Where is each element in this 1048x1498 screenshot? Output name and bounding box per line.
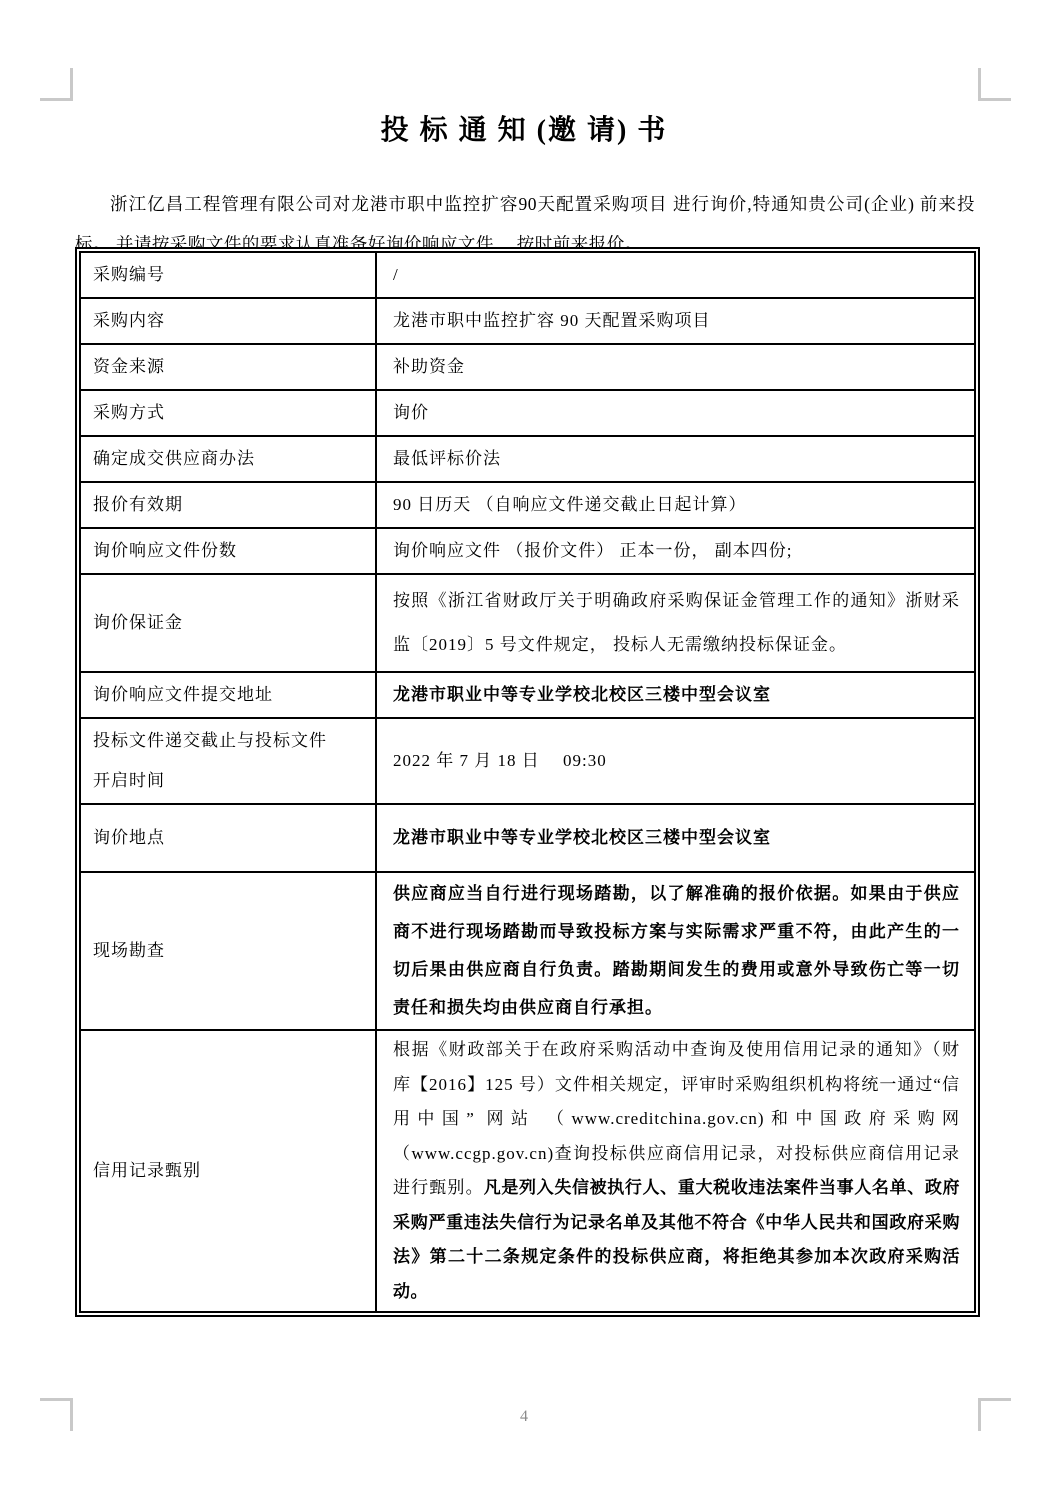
row-label: 现场勘查 [80, 872, 376, 1030]
row-label: 询价地点 [80, 804, 376, 872]
table-row-award-method: 确定成交供应商办法 最低评标价法 [80, 436, 975, 482]
row-value: 龙港市职业中等专业学校北校区三楼中型会议室 [376, 672, 975, 718]
row-label: 询价响应文件提交地址 [80, 672, 376, 718]
row-value: / [376, 252, 975, 298]
table-row-deadline-opening-time: 投标文件递交截止与投标文件开启时间 2022 年 7 月 18 日 09:30 [80, 718, 975, 804]
row-label: 信用记录甄别 [80, 1030, 376, 1312]
table-row-response-copies: 询价响应文件份数 询价响应文件 （报价文件） 正本一份， 副本四份; [80, 528, 975, 574]
row-value: 补助资金 [376, 344, 975, 390]
row-label: 询价保证金 [80, 574, 376, 672]
page-title: 投 标 通 知 (邀 请) 书 [0, 108, 1048, 148]
row-label: 采购内容 [80, 298, 376, 344]
table-row-procurement-number: 采购编号 / [80, 252, 975, 298]
row-value: 2022 年 7 月 18 日 09:30 [376, 718, 975, 804]
row-value: 龙港市职业中等专业学校北校区三楼中型会议室 [376, 804, 975, 872]
row-label: 投标文件递交截止与投标文件开启时间 [80, 718, 376, 804]
table-row-fund-source: 资金来源 补助资金 [80, 344, 975, 390]
row-value: 询价 [376, 390, 975, 436]
row-label: 采购方式 [80, 390, 376, 436]
row-value: 按照《浙江省财政厅关于明确政府采购保证金管理工作的通知》浙财采监〔2019〕5 … [376, 574, 975, 672]
corner-mark-top-left [40, 68, 73, 101]
page-number: 4 [0, 1408, 1048, 1426]
table-row-procurement-content: 采购内容 龙港市职中监控扩容 90 天配置采购项目 [80, 298, 975, 344]
notice-table-grid: 采购编号 / 采购内容 龙港市职中监控扩容 90 天配置采购项目 资金来源 补助… [79, 251, 976, 1313]
table-row-site-survey: 现场勘查 供应商应当自行进行现场踏勘，以了解准确的报价依据。如果由于供应商不进行… [80, 872, 975, 1030]
row-value: 供应商应当自行进行现场踏勘，以了解准确的报价依据。如果由于供应商不进行现场踏勘而… [376, 872, 975, 1030]
row-label: 询价响应文件份数 [80, 528, 376, 574]
credit-record-paragraph: 根据《财政部关于在政府采购活动中查询及使用信用记录的通知》（财库【2016】12… [393, 1033, 960, 1309]
row-label: 采购编号 [80, 252, 376, 298]
row-value: 龙港市职中监控扩容 90 天配置采购项目 [376, 298, 975, 344]
table-row-submission-address: 询价响应文件提交地址 龙港市职业中等专业学校北校区三楼中型会议室 [80, 672, 975, 718]
table-row-credit-record-screening: 信用记录甄别 根据《财政部关于在政府采购活动中查询及使用信用记录的通知》（财库【… [80, 1030, 975, 1312]
credit-record-regular-text: 根据《财政部关于在政府采购活动中查询及使用信用记录的通知》（财库【2016】12… [393, 1040, 960, 1197]
row-label: 资金来源 [80, 344, 376, 390]
row-value: 90 日历天 （自响应文件递交截止日起计算） [376, 482, 975, 528]
row-value: 最低评标价法 [376, 436, 975, 482]
row-value: 根据《财政部关于在政府采购活动中查询及使用信用记录的通知》（财库【2016】12… [376, 1030, 975, 1312]
table-row-quote-validity: 报价有效期 90 日历天 （自响应文件递交截止日起计算） [80, 482, 975, 528]
row-label: 报价有效期 [80, 482, 376, 528]
row-label: 确定成交供应商办法 [80, 436, 376, 482]
row-value: 询价响应文件 （报价文件） 正本一份， 副本四份; [376, 528, 975, 574]
table-row-procurement-method: 采购方式 询价 [80, 390, 975, 436]
corner-mark-top-right [978, 68, 1011, 101]
table-row-inquiry-location: 询价地点 龙港市职业中等专业学校北校区三楼中型会议室 [80, 804, 975, 872]
notice-table: 采购编号 / 采购内容 龙港市职中监控扩容 90 天配置采购项目 资金来源 补助… [75, 247, 980, 1317]
table-row-deposit: 询价保证金 按照《浙江省财政厅关于明确政府采购保证金管理工作的通知》浙财采监〔2… [80, 574, 975, 672]
